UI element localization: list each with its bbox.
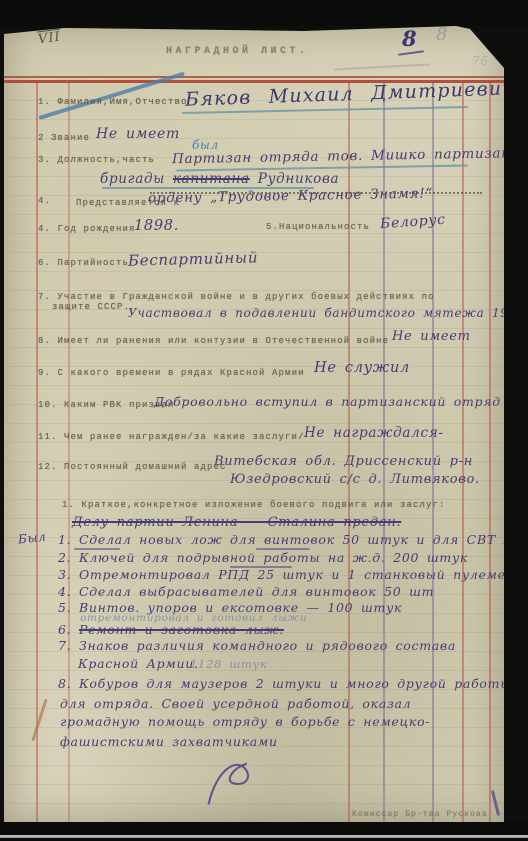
field-6-label: 6. Партийность: [38, 258, 129, 268]
field-nationality-label-text: Национальность: [279, 222, 370, 232]
field-8-num: 8.: [38, 336, 51, 346]
dotted-line: [150, 192, 482, 194]
field-3-value-line2: бригады капитана Рудникова: [100, 171, 339, 187]
field-2-label: 2 Звание: [38, 133, 90, 143]
scan-black-border-top: [0, 0, 528, 26]
feat-item-2: 2. Ключей для подрывной работы на ж.д. 2…: [58, 550, 468, 565]
field-2-label-text: Звание: [51, 133, 90, 143]
feat-motto: Делу партии Ленина — Сталина предан.: [72, 515, 401, 530]
item-text: Кобуров для маузеров 2 штуки и много дру…: [79, 676, 511, 691]
field-8-label-text: Имеет ли ранения или контузии в Отечеств…: [58, 336, 390, 346]
item-text: Отремонтировал РПД 25 штук и 1 станковый…: [79, 567, 518, 582]
item-num: 7.: [58, 638, 71, 653]
item-num: 3.: [58, 567, 71, 582]
ledger-vline: [489, 82, 491, 822]
field-11-num: 11.: [38, 432, 58, 442]
feat-item-7-line2: Красной Армии.: [78, 656, 199, 671]
field-3-label-text: Должность,часть: [58, 155, 156, 165]
item-num: 8.: [58, 676, 71, 691]
field-7-label-text: Участие в Гражданской войне и в других б…: [58, 292, 435, 302]
field-9-num: 9.: [38, 368, 51, 378]
feat-item-1: 1. Сделал новых лож для винтовок 50 штук…: [58, 532, 528, 547]
field-1-label-text: Фамилия,Имя,Отчество: [58, 97, 188, 107]
field-7-value: Участвовал в подавлении бандитского мяте…: [128, 306, 528, 320]
pencil-note: 76: [472, 54, 489, 68]
document-title: НАГРАДНОЙ ЛИСТ.: [166, 46, 309, 57]
field-11-label: 11. Чем ранее награжден/за какие заслуги…: [38, 432, 305, 442]
field-nationality-label: 5.Национальность: [266, 222, 370, 232]
page-number-ink: 8: [402, 26, 417, 51]
field-6-label-text: Партийность: [58, 258, 130, 268]
field-2-value: Не имеет: [96, 126, 180, 142]
field-3-label: 3. Должность,часть: [38, 155, 155, 165]
item-7-pencil-count: 1128 штук: [190, 657, 268, 671]
field-12-label-text: Постоянный домашний адрес: [64, 462, 227, 472]
item-text: Сделал выбрасывателей для винтовок 50 шт: [79, 584, 434, 599]
field-7-label-line1: 7. Участие в Гражданской войне и в други…: [38, 292, 435, 302]
field-12-label: 12. Постоянный домашний адрес: [38, 462, 227, 472]
scan-black-border-bottom: [0, 822, 528, 841]
scanned-award-sheet: VII НАГРАДНОЙ ЛИСТ. 8 8 76 1. Фамилия,Им…: [0, 0, 528, 841]
item-text: Сделал новых лож для винтовок 50 штук и …: [79, 532, 528, 547]
feat-item-8-line2: для отряда. Своей усердной работой, оказ…: [60, 696, 411, 711]
field-year-value: 1898.: [134, 218, 179, 234]
field-12-value-line1: Витебская обл. Дриссенский р-н: [214, 454, 473, 469]
field-9-value: Не служил: [314, 360, 410, 376]
footer-typed-signature: Комиссар Бр-тва Рускова: [352, 810, 488, 819]
feat-item-8-line3: громадную помощь отряду в борьбе с немец…: [60, 714, 430, 729]
field-3-num: 3.: [38, 155, 51, 165]
field-11-value: Не награждался-: [304, 425, 444, 441]
struck-word: капитана: [173, 171, 250, 187]
field-11-label-text: Чем ранее награжден/за какие заслуги/: [64, 432, 305, 442]
item-num: 1.: [58, 532, 71, 547]
field-7-label-line2: защите СССР.: [52, 302, 130, 312]
item-num: 2.: [58, 550, 71, 565]
feat-heading: 1. Краткое,конкретное изложение боевого …: [62, 500, 446, 510]
item-text-struck: Ремонт и заготовка лыж.: [79, 622, 284, 637]
ledger-vline: [68, 82, 70, 822]
feat-item-4: 4. Сделал выбрасывателей для винтовок 50…: [58, 584, 434, 599]
feat-item-7: 7. Знаков различия командного и рядового…: [58, 638, 456, 653]
field-year-label-text: Год рождения: [58, 224, 136, 234]
field-8-label: 8. Имеет ли ранения или контузии в Отече…: [38, 336, 389, 346]
scan-edge-stripe: [0, 835, 528, 838]
field-12-num: 12.: [38, 462, 58, 472]
page-number-pencil: 8: [436, 24, 448, 45]
word: Рудникова: [258, 171, 339, 187]
item-num: 6.: [58, 622, 71, 637]
field-12-value-line2: Юзедровский с/с д. Литвяково.: [230, 472, 480, 487]
field-6-num: 6.: [38, 258, 51, 268]
field-10-num: 10.: [38, 400, 58, 410]
field-8-value: Не имеет: [392, 329, 471, 344]
field-1-label: 1. Фамилия,Имя,Отчество: [38, 97, 188, 107]
margin-note: Был: [17, 530, 47, 547]
field-year-num: 4.: [38, 224, 51, 234]
word: бригады: [100, 171, 165, 187]
item-text: Знаков различия командного и рядового со…: [79, 638, 456, 653]
feat-item-8: 8. Кобуров для маузеров 2 штуки и много …: [58, 676, 511, 691]
pencil-scribble: [334, 63, 430, 70]
item-num: 4.: [58, 584, 71, 599]
document-paper: VII НАГРАДНОЙ ЛИСТ. 8 8 76 1. Фамилия,Им…: [4, 26, 504, 822]
item-num: 5.: [58, 600, 71, 615]
field-1-num: 1.: [38, 97, 51, 107]
header-rule: [4, 76, 504, 78]
field-9-label-text: С какого времени в рядах Красной Армии: [58, 368, 305, 378]
field-year-label: 4. Год рождения: [38, 224, 136, 234]
corner-pencil-mark: VII: [37, 29, 62, 48]
field-4-num: 4.: [38, 196, 51, 206]
field-nationality-num: 5.: [266, 222, 279, 232]
field-7-num: 7.: [38, 292, 51, 302]
ledger-vline: [36, 82, 38, 822]
feat-item-3: 3. Отремонтировал РПД 25 штук и 1 станко…: [58, 567, 518, 582]
field-10-value: Добровольно вступил в партизанский отряд…: [154, 394, 528, 409]
field-6-value: Беспартийный: [128, 248, 259, 269]
item-text: Ключей для подрывной работы на ж.д. 200 …: [79, 550, 468, 565]
feat-item-6: 6. Ремонт и заготовка лыж.: [58, 622, 284, 637]
field-9-label: 9. С какого времени в рядах Красной Арми…: [38, 368, 305, 378]
field-2-num: 2: [38, 133, 45, 143]
feat-item-8-line4: фашистскими захватчиками: [60, 734, 278, 749]
